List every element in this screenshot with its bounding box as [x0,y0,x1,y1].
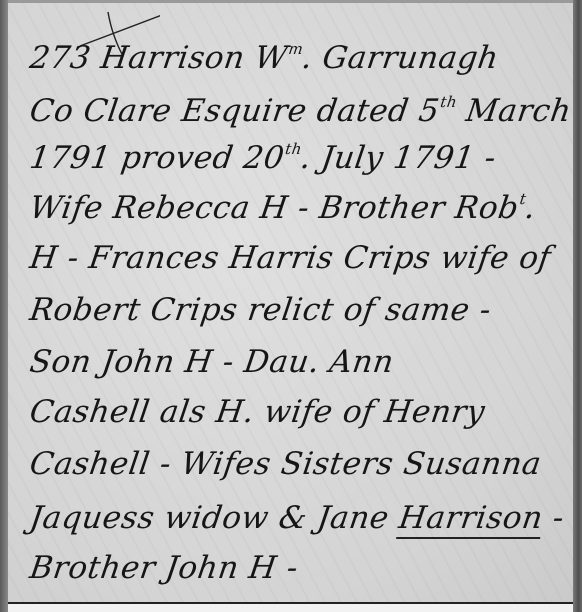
entry-line-5: H - Frances Harris Crips wife of [27,240,553,276]
testator-name: Harrison W [99,40,290,76]
entry-line-3: 1791 proved 20th. July 1791 - [27,140,498,176]
entry-line-1: 273 Harrison Wm. Garrunagh [27,40,500,76]
entry-line-4: Wife Rebecca H - Brother Robt. [27,190,538,226]
entry-number: 273 [27,40,93,76]
entry-line-2: Co Clare Esquire dated 5th March [27,93,573,129]
bottom-rule [8,602,573,612]
left-page-edge [0,0,8,612]
underlined-surname: Harrison [396,500,545,539]
entry-line-11: Brother John H - [27,550,300,586]
entry-line-9: Cashell - Wifes Sisters Susanna [27,446,543,482]
right-page-edge [573,0,582,612]
entry-line-10: Jaquess widow & Jane Harrison - [27,500,566,536]
top-page-edge [8,0,573,3]
entry-line-6: Robert Crips relict of same - [27,292,493,328]
entry-line-7: Son John H - Dau. Ann [27,344,396,380]
entry-line-8: Cashell als H. wife of Henry [27,394,487,430]
